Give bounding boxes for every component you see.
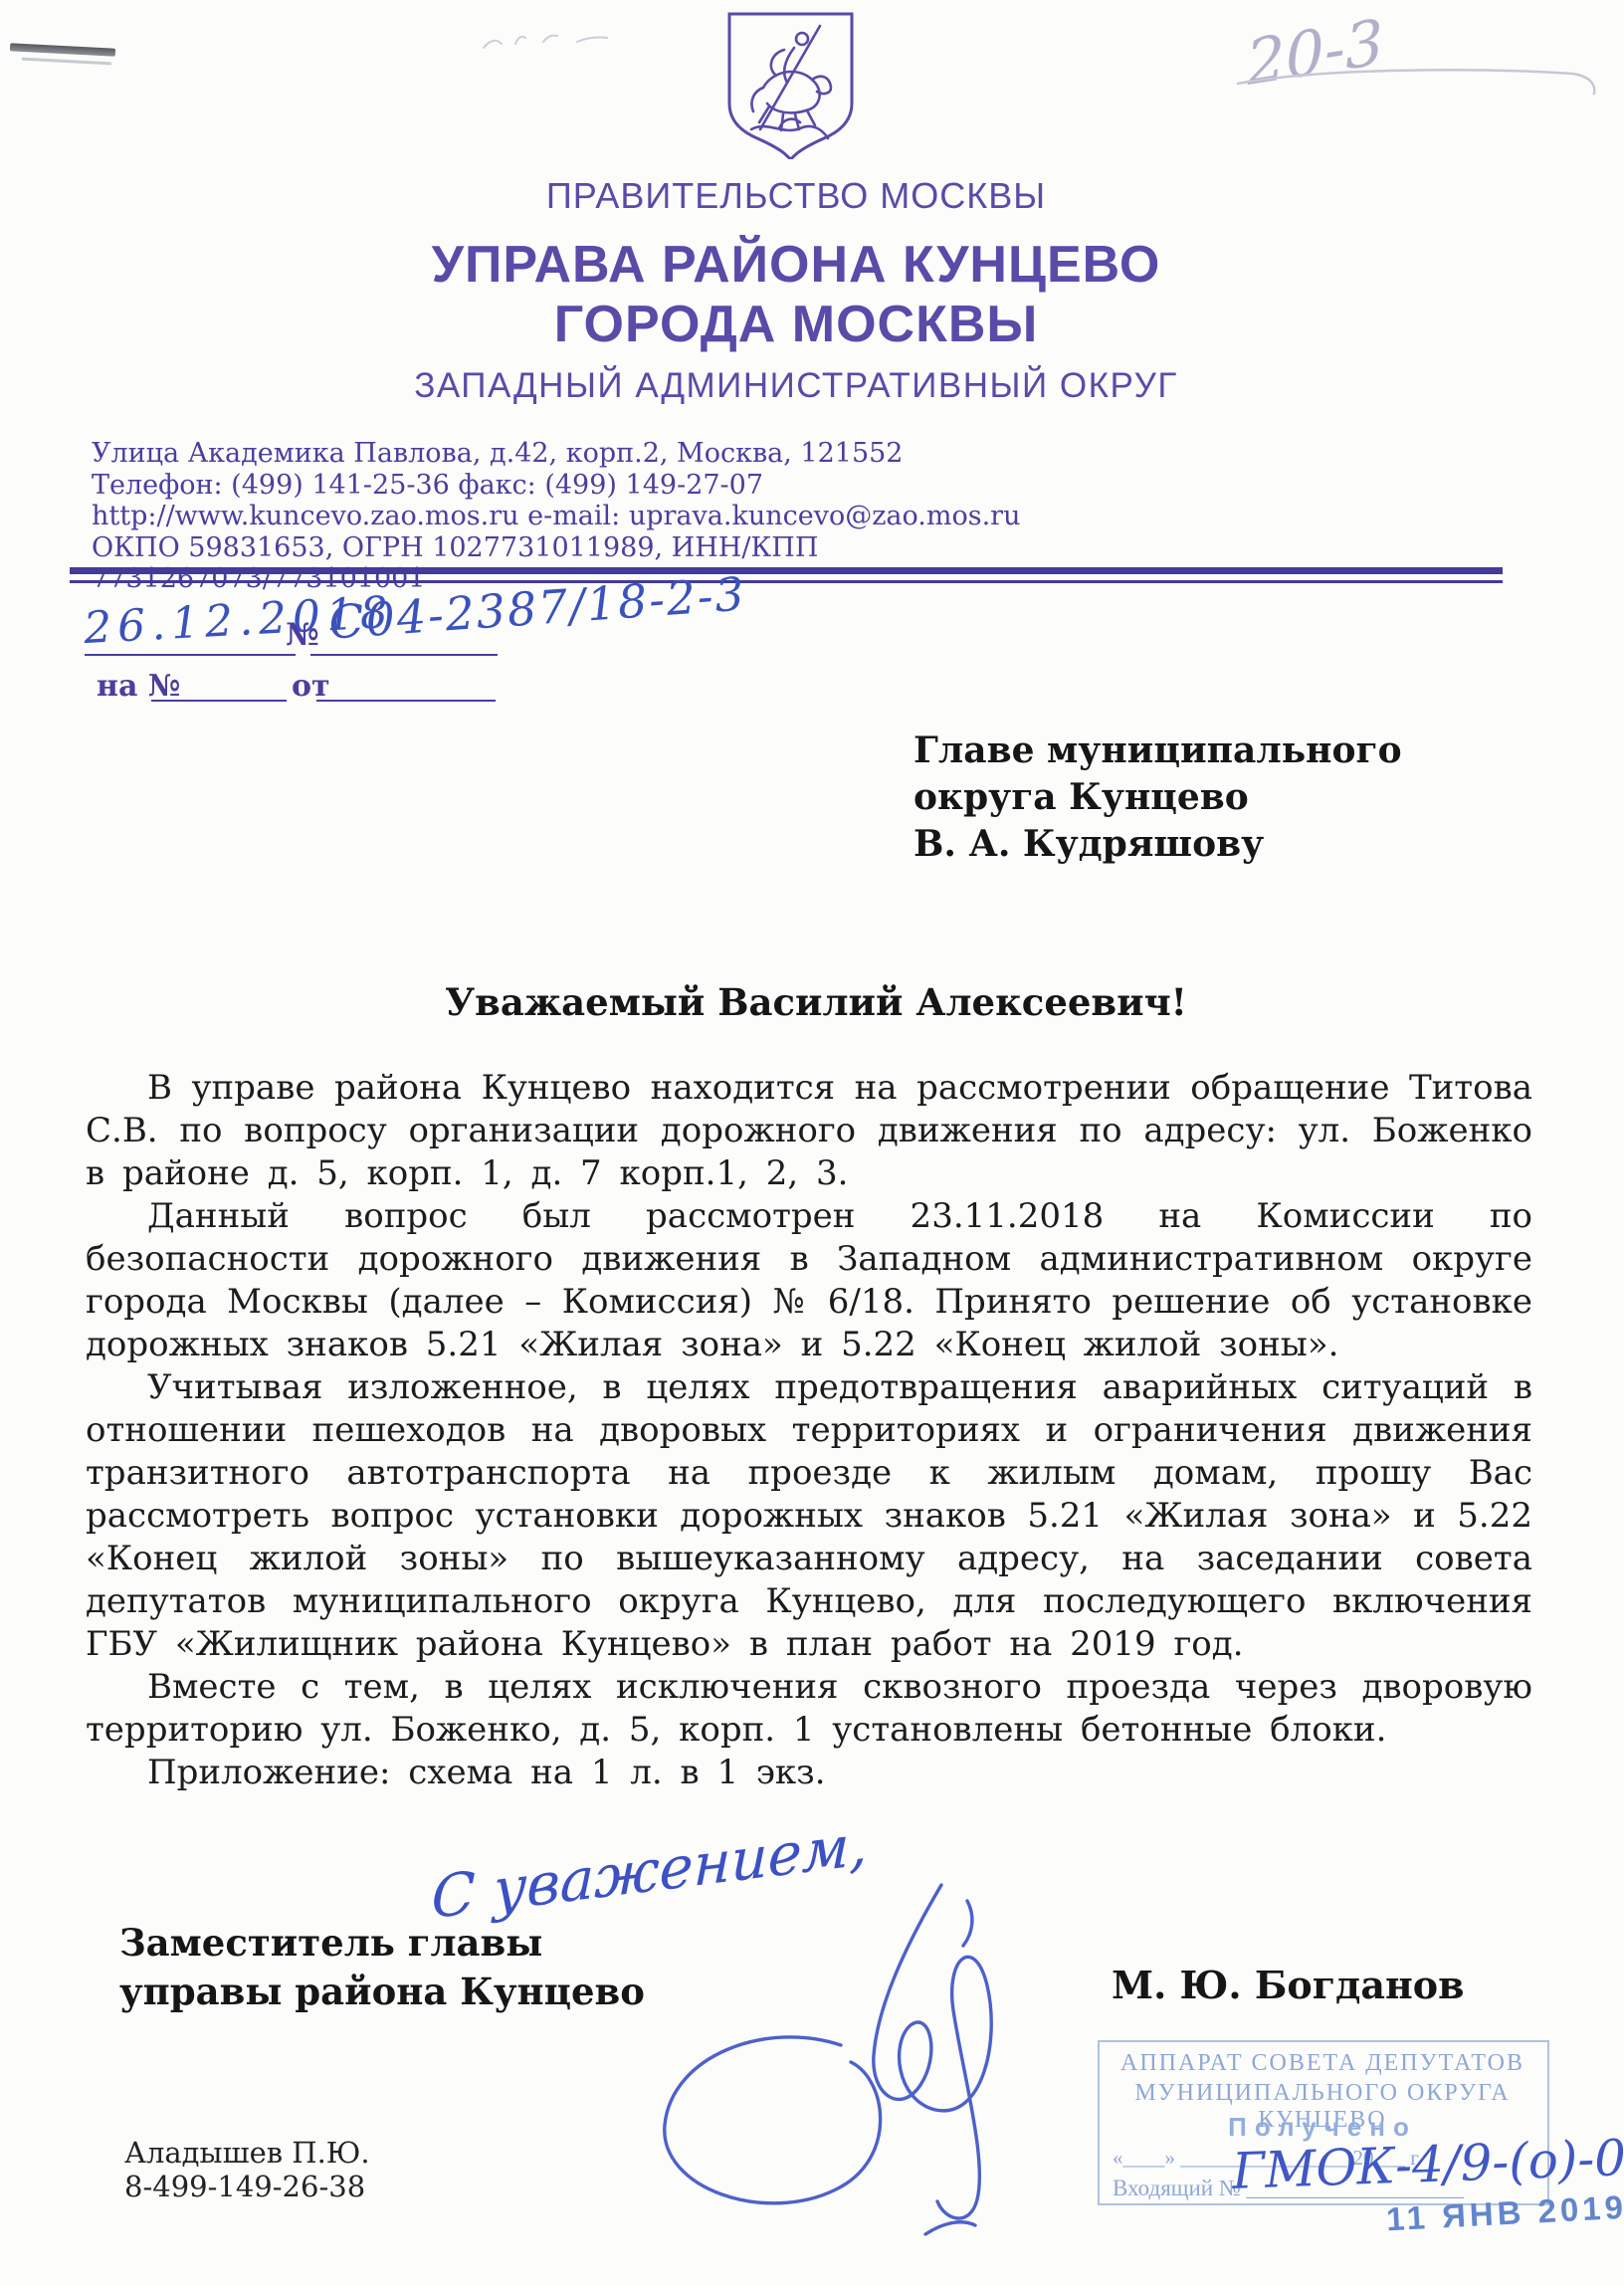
- contact-phone-fax: Телефон: (499) 141-25-36 факс: (499) 149…: [92, 470, 1067, 502]
- recipient-block: Главе муниципального округа Кунцево В. А…: [913, 727, 1411, 868]
- moscow-coat-of-arms-icon: [723, 10, 858, 159]
- stamp-org-line1: АППАРАТ СОВЕТА ДЕПУТАТОВ: [1103, 2050, 1542, 2077]
- recipient-line: В. А. Кудряшову: [913, 821, 1411, 868]
- body-paragraph: Данный вопрос был рассмотрен 23.11.2018 …: [86, 1195, 1532, 1366]
- signature-flourish: [617, 1871, 1085, 2259]
- reply-number-underline: [151, 700, 287, 702]
- executor-phone: 8-499-149-26-38: [124, 2170, 370, 2203]
- pencil-scribble: [478, 22, 637, 62]
- recipient-line: округа Кунцево: [913, 774, 1411, 821]
- salutation: Уважаемый Василий Алексеевич!: [0, 980, 1624, 1024]
- government-title: ПРАВИТЕЛЬСТВО МОСКВЫ: [0, 175, 1592, 217]
- body-paragraph: Вместе с тем, в целях исключения сквозно…: [86, 1666, 1532, 1752]
- reply-to-label: на №: [97, 669, 180, 704]
- number-underline: [310, 654, 498, 656]
- from-underline: [316, 700, 496, 702]
- header-rule-thick: [70, 567, 1503, 574]
- letter-body: В управе района Кунцево находится на рас…: [86, 1067, 1532, 1794]
- district-title: ЗАПАДНЫЙ АДМИНИСТРАТИВНЫЙ ОКРУГ: [0, 366, 1592, 406]
- executor-name: Аладышев П.Ю.: [124, 2136, 370, 2170]
- header-rule-thin: [70, 580, 1503, 583]
- executor-block: Аладышев П.Ю. 8-499-149-26-38: [124, 2136, 370, 2203]
- number-sign: №: [286, 617, 319, 653]
- organization-name-line1: УПРАВА РАЙОНА КУНЦЕВО: [0, 235, 1592, 295]
- signer-position: Заместитель главы управы района Кунцево: [119, 1919, 645, 2016]
- recipient-line: Главе муниципального: [913, 727, 1411, 774]
- signer-position-line: управы района Кунцево: [119, 1968, 645, 2016]
- staple-mark: [10, 43, 115, 57]
- date-underline: [85, 654, 296, 656]
- contact-address: Улица Академика Павлова, д.42, корп.2, М…: [92, 438, 1067, 470]
- pencil-underline: [1234, 58, 1602, 102]
- attachment-note: Приложение: схема на 1 л. в 1 экз.: [86, 1752, 1532, 1794]
- handwritten-incoming-number: ГМОК-4/9-(о)-0: [1231, 2129, 1624, 2200]
- signer-position-line: Заместитель главы: [119, 1919, 645, 1968]
- scanned-letter-page: 20-3 ПРАВИТЕЛЬСТВО МОСКВЫ УПРАВА РАЙОНА …: [0, 0, 1624, 2285]
- contact-web-email: http://www.kuncevo.zao.mos.ru e-mail: up…: [92, 501, 1067, 532]
- body-paragraph: Учитывая изложенное, в целях предотвраще…: [86, 1366, 1532, 1666]
- body-paragraph: В управе района Кунцево находится на рас…: [86, 1067, 1532, 1195]
- staple-shadow: [22, 58, 111, 66]
- signer-name: М. Ю. Богданов: [1112, 1963, 1465, 2007]
- organization-name-line2: ГОРОДА МОСКВЫ: [0, 295, 1592, 354]
- from-label: от: [292, 669, 330, 704]
